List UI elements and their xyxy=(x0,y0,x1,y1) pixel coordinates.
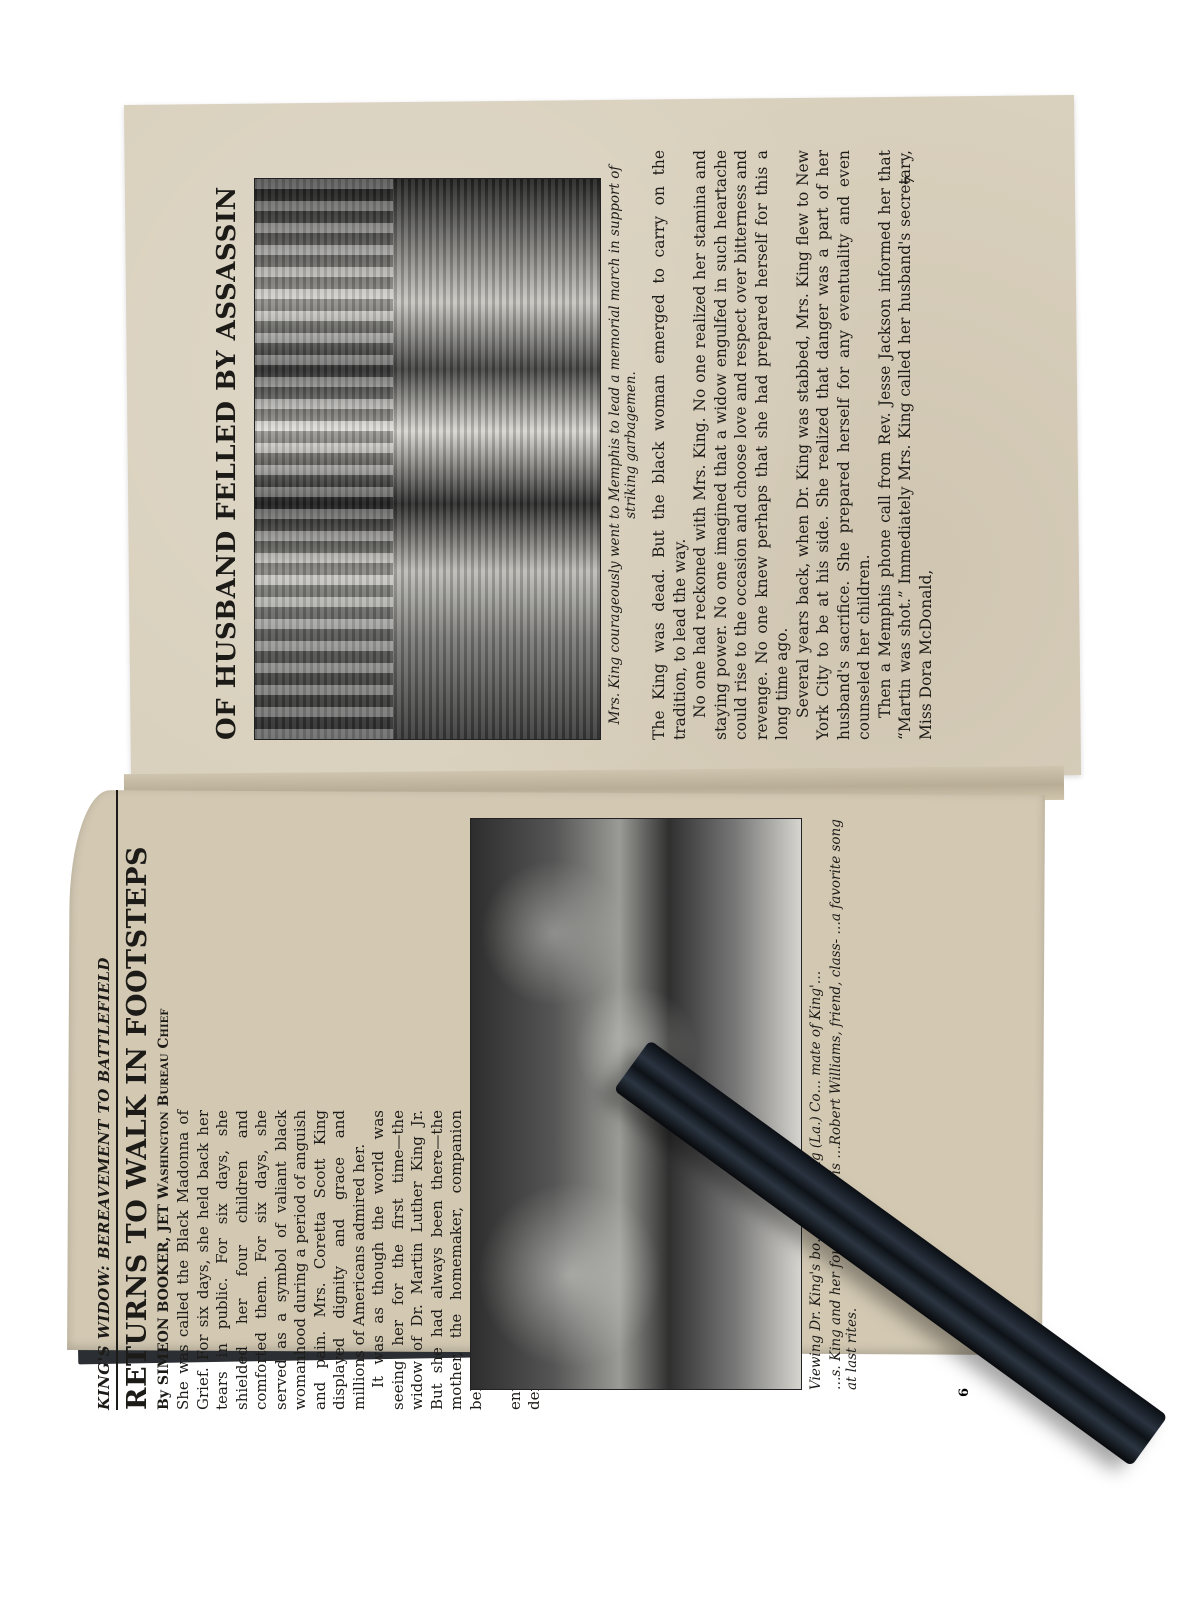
page-number: 6 xyxy=(957,1388,972,1397)
byline: By SIMEON BOOKER, JET Washington Bureau … xyxy=(156,790,172,1410)
photo-caption: Mrs. King courageously went to Memphis t… xyxy=(607,150,639,740)
paragraph: She was called the Black Madonna of Grie… xyxy=(174,1110,369,1410)
memorial-march-photo xyxy=(254,178,601,740)
article-headline: RETURNS TO WALK IN FOOTSTEPS xyxy=(122,790,154,1410)
byline-prefix: By xyxy=(156,1390,172,1410)
paragraph: Then a Memphis phone call from Rev. Jess… xyxy=(875,150,937,740)
photo-caption-start: Viewing Dr. King's bo… Grambling (La.) C… xyxy=(808,810,824,1390)
kicker-rest: BEREAVEMENT TO BATTLEFIELD xyxy=(95,957,113,1259)
page-number: 7 xyxy=(903,176,918,185)
byline-author: SIMEON BOOKER, xyxy=(156,1237,172,1386)
kicker-bold: KING'S WIDOW: xyxy=(95,1265,113,1410)
paragraph: The King was dead. But the black woman e… xyxy=(649,150,690,740)
byline-title: JET Washington Bureau Chief xyxy=(156,1009,172,1232)
article-headline-continued: OF HUSBAND FELLED BY ASSASSIN xyxy=(210,150,244,740)
paragraph: It was as though the world was seeing he… xyxy=(369,1110,486,1410)
article-body: The King was dead. But the black woman e… xyxy=(649,150,936,740)
paragraph: No one had reckoned with Mrs. King. No o… xyxy=(690,150,793,740)
section-kicker: KING'S WIDOW: BEREAVEMENT TO BATTLEFIELD xyxy=(95,790,118,1410)
photo-caption-end: …s. King and her four children is …Rober… xyxy=(828,810,860,1390)
paragraph: Several years back, when Dr. King was st… xyxy=(793,150,875,740)
page-7-content: OF HUSBAND FELLED BY ASSASSIN Mrs. King … xyxy=(210,150,910,740)
